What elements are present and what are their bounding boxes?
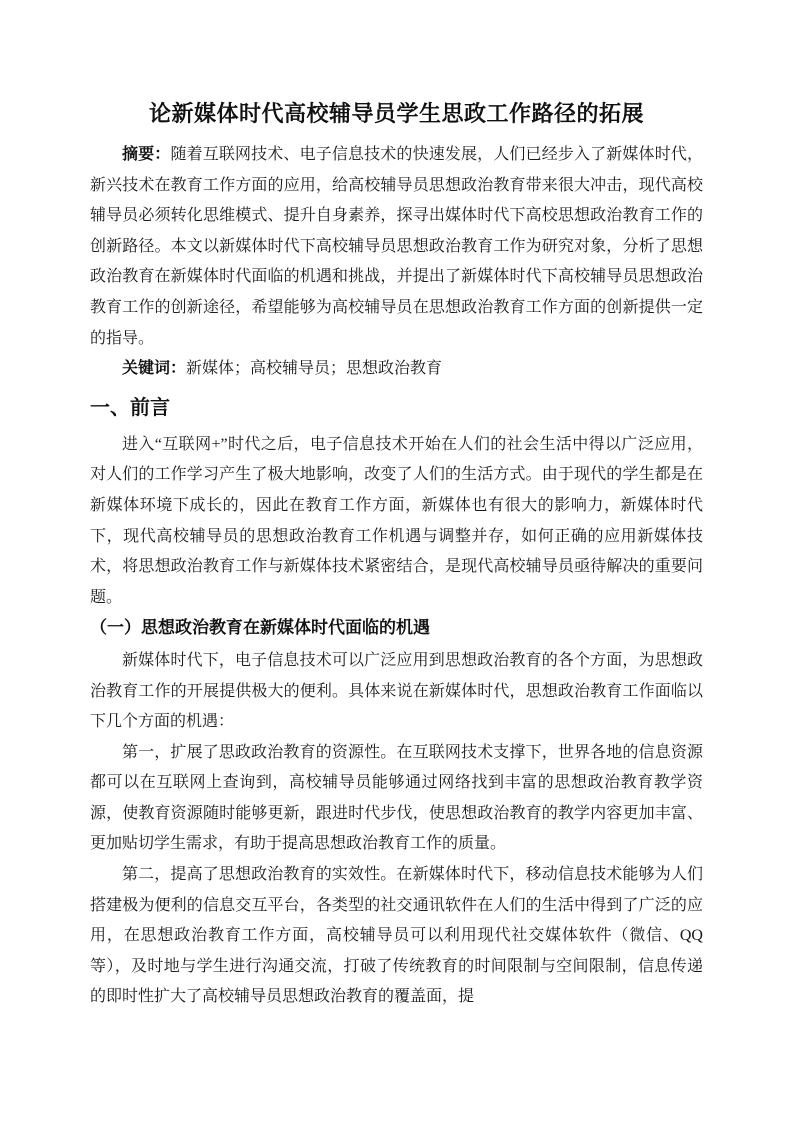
subsection-heading-opportunities: （一）思想政治教育在新媒体时代面临的机遇 (90, 613, 703, 644)
keywords-text: 新媒体；高校辅导员；思想政治教育 (186, 360, 442, 377)
body-paragraph-1: 进入“互联网+”时代之后，电子信息技术开始在人们的社会生活中得以广泛应用，对人们… (90, 430, 703, 614)
keywords-paragraph: 关键词：新媒体；高校辅导员；思想政治教育 (90, 354, 703, 385)
keywords-label: 关键词： (122, 360, 186, 377)
document-title: 论新媒体时代高校辅导员学生思政工作路径的拓展 (90, 99, 703, 129)
body-paragraph-3: 第一，扩展了思政政治教育的资源性。在互联网技术支撑下，世界各地的信息资源都可以在… (90, 738, 703, 860)
section-heading-foreword: 一、前言 (90, 393, 703, 424)
document-page: 论新媒体时代高校辅导员学生思政工作路径的拓展 摘要：随着互联网技术、电子信息技术… (0, 0, 793, 1122)
abstract-text: 随着互联网技术、电子信息技术的快速发展，人们已经步入了新媒体时代，新兴技术在教育… (90, 146, 703, 347)
abstract-label: 摘要： (122, 146, 170, 163)
body-paragraph-2: 新媒体时代下，电子信息技术可以广泛应用到思想政治教育的各个方面，为思想政治教育工… (90, 646, 703, 738)
body-paragraph-4: 第二，提高了思想政治教育的实效性。在新媒体时代下，移动信息技术能够为人们搭建极为… (90, 860, 703, 1013)
abstract-paragraph: 摘要：随着互联网技术、电子信息技术的快速发展，人们已经步入了新媒体时代，新兴技术… (90, 140, 703, 354)
